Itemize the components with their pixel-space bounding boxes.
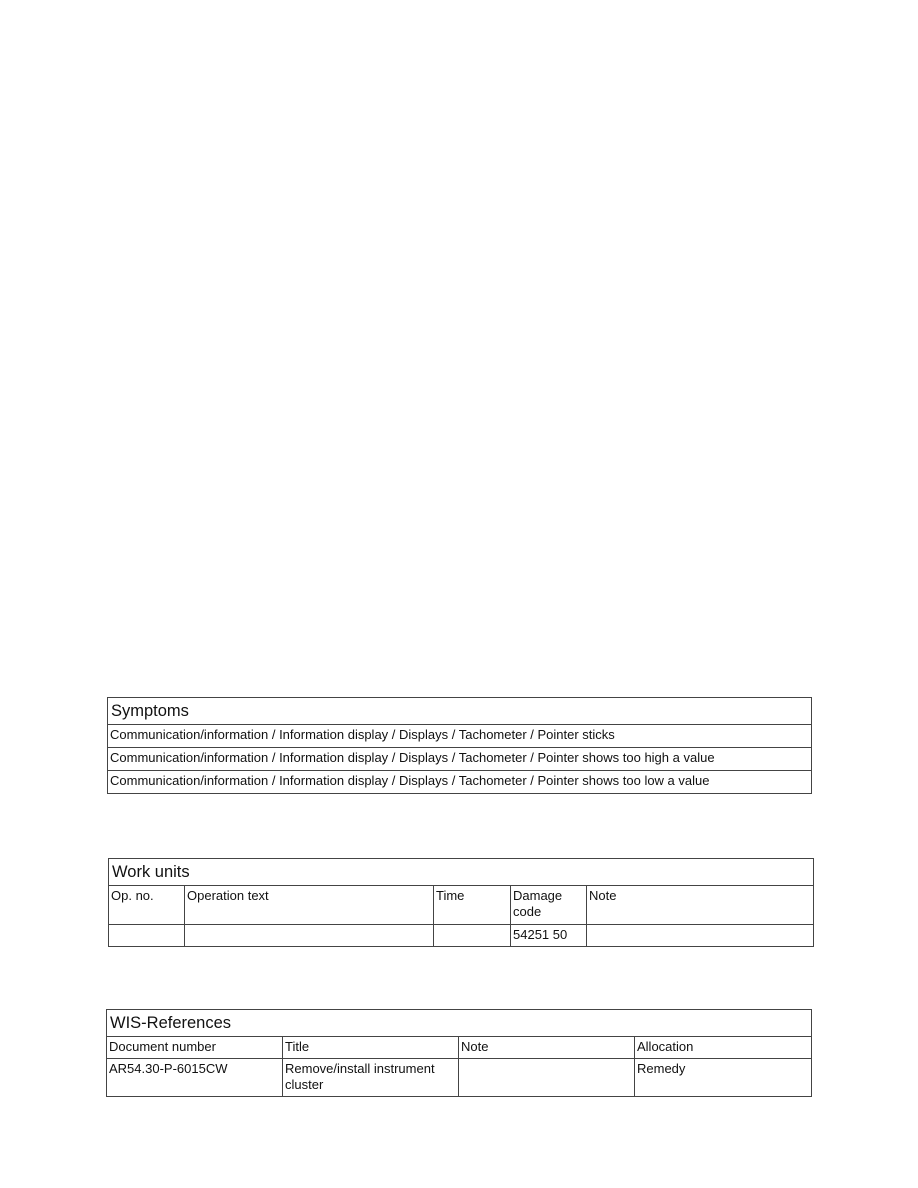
symptoms-table: Symptoms Communication/information / Inf… (107, 697, 812, 794)
col-header-title: Title (283, 1037, 459, 1059)
symptom-item: Communication/information / Information … (108, 771, 812, 794)
table-row: Communication/information / Information … (108, 725, 812, 748)
col-header-operation-text: Operation text (185, 886, 434, 925)
cell-note (587, 925, 814, 947)
cell-note (459, 1059, 635, 1097)
col-header-note: Note (587, 886, 814, 925)
symptoms-title-row: Symptoms (108, 698, 812, 725)
cell-operation-text (185, 925, 434, 947)
symptoms-title: Symptoms (108, 698, 812, 725)
col-header-damage-code: Damage code (511, 886, 587, 925)
cell-allocation: Remedy (635, 1059, 812, 1097)
cell-damage-code: 54251 50 (511, 925, 587, 947)
symptom-item: Communication/information / Information … (108, 748, 812, 771)
cell-op-no (109, 925, 185, 947)
cell-time (434, 925, 511, 947)
work-units-title: Work units (109, 859, 814, 886)
wis-references-header-row: Document number Title Note Allocation (107, 1037, 812, 1059)
cell-document-number: AR54.30-P-6015CW (107, 1059, 283, 1097)
wis-references-table: WIS-References Document number Title Not… (106, 1009, 812, 1097)
work-units-header-row: Op. no. Operation text Time Damage code … (109, 886, 814, 925)
table-row: Communication/information / Information … (108, 748, 812, 771)
wis-references-title: WIS-References (107, 1010, 812, 1037)
wis-references-title-row: WIS-References (107, 1010, 812, 1037)
work-units-title-row: Work units (109, 859, 814, 886)
table-row: 54251 50 (109, 925, 814, 947)
col-header-allocation: Allocation (635, 1037, 812, 1059)
col-header-time: Time (434, 886, 511, 925)
col-header-op-no: Op. no. (109, 886, 185, 925)
work-units-table: Work units Op. no. Operation text Time D… (108, 858, 814, 947)
col-header-document-number: Document number (107, 1037, 283, 1059)
symptom-item: Communication/information / Information … (108, 725, 812, 748)
cell-title: Remove/install instrument cluster (283, 1059, 459, 1097)
table-row: AR54.30-P-6015CW Remove/install instrume… (107, 1059, 812, 1097)
table-row: Communication/information / Information … (108, 771, 812, 794)
col-header-note: Note (459, 1037, 635, 1059)
